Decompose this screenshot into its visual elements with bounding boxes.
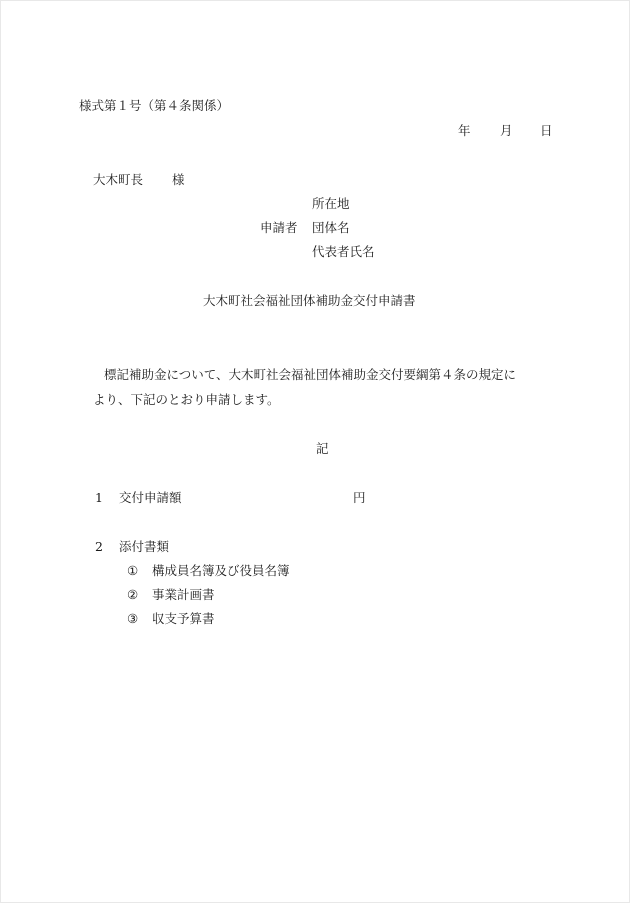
attachment-3-label: 収支予算書 [152,611,215,627]
item-1-unit: 円 [353,490,366,506]
attachment-2-label: 事業計画書 [152,587,215,603]
form-number: 様式第１号（第４条関係） [79,98,229,114]
document-title: 大木町社会福祉団体補助金交付申請書 [203,293,416,309]
addressee-name: 大木町長 [93,172,143,188]
item-2-label: 添付書類 [119,539,169,555]
attachment-2-mark: ② [127,587,138,603]
item-1-label: 交付申請額 [119,490,182,506]
item-1-number: 1 [95,490,103,506]
ki-heading: 記 [316,441,329,457]
body-line-2: より、下記のとおり申請します。 [93,392,280,408]
date-month-label: 月 [500,123,513,139]
attachment-1-mark: ① [127,563,138,579]
applicant-address-label: 所在地 [312,196,350,212]
page [0,0,630,903]
addressee-honorific: 様 [172,172,185,188]
attachment-3-mark: ③ [127,611,138,627]
body-line-1: 標記補助金について、大木町社会福祉団体補助金交付要綱第４条の規定に [104,367,516,383]
applicant-label: 申請者 [260,220,298,236]
applicant-org-label: 団体名 [312,220,350,236]
attachment-1-label: 構成員名簿及び役員名簿 [152,563,290,579]
date-year-label: 年 [458,123,471,139]
applicant-rep-label: 代表者氏名 [312,244,375,260]
date-day-label: 日 [540,123,553,139]
item-2-number: 2 [95,539,103,555]
